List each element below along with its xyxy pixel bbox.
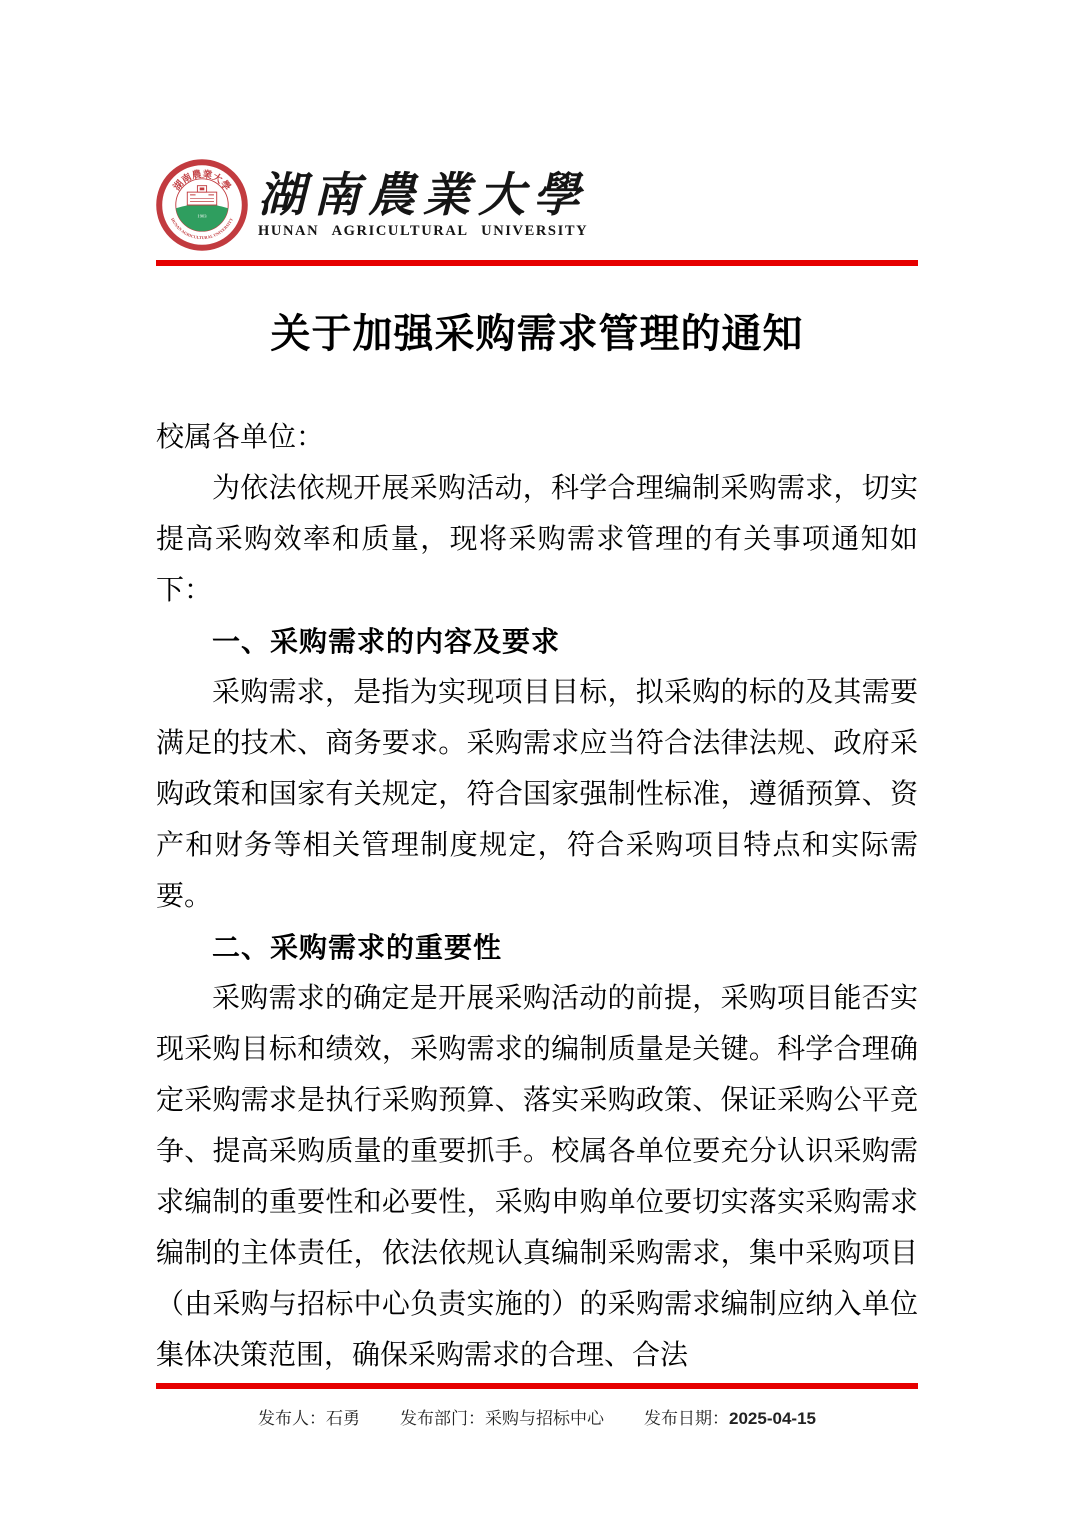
document-footer: 发布人：石勇 发布部门：采购与招标中心 发布日期：2025-04-15 <box>156 1404 918 1429</box>
department-label: 发布部门： <box>400 1409 485 1428</box>
date-value: 2025-04-15 <box>729 1409 816 1428</box>
publisher-label: 发布人： <box>258 1409 326 1428</box>
university-seal-logo: 1903 湖南農業大學 HUNAN AGRICULTURAL UNIVERSIT… <box>156 159 248 251</box>
body-paragraph: 采购需求的确定是开展采购活动的前提，采购项目能否实现采购目标和绩效，采购需求的编… <box>156 973 918 1381</box>
footer-date: 发布日期：2025-04-15 <box>644 1404 816 1429</box>
footer-divider-rule <box>156 1383 918 1389</box>
date-label: 发布日期： <box>644 1409 729 1428</box>
section-heading: 二、采购需求的重要性 <box>156 922 918 973</box>
university-name-english: HUNAN AGRICULTURAL UNIVERSITY <box>258 223 588 240</box>
notice-body: 校属各单位：为依法依规开展采购活动，科学合理编制采购需求，切实提高采购效率和质量… <box>156 412 918 1381</box>
body-paragraph: 采购需求，是指为实现项目目标，拟采购的标的及其需要满足的技术、商务要求。采购需求… <box>156 667 918 922</box>
header-divider-rule <box>156 260 918 266</box>
body-paragraph: 为依法依规开展采购活动，科学合理编制采购需求，切实提高采购效率和质量，现将采购需… <box>156 463 918 616</box>
university-brand: 湖南農業大學 HUNAN AGRICULTURAL UNIVERSITY <box>258 170 588 241</box>
department-value: 采购与招标中心 <box>485 1409 604 1428</box>
notice-title: 关于加强采购需求管理的通知 <box>156 306 918 362</box>
document-page: 1903 湖南農業大學 HUNAN AGRICULTURAL UNIVERSIT… <box>0 0 1074 1520</box>
footer-publisher: 发布人：石勇 <box>258 1404 360 1429</box>
university-name-calligraphy: 湖南農業大學 <box>258 170 588 222</box>
body-paragraph: 校属各单位： <box>156 412 918 463</box>
footer-department: 发布部门：采购与招标中心 <box>400 1404 604 1429</box>
section-heading: 一、采购需求的内容及要求 <box>156 616 918 667</box>
document-header: 1903 湖南農業大學 HUNAN AGRICULTURAL UNIVERSIT… <box>156 158 918 252</box>
publisher-value: 石勇 <box>326 1409 360 1428</box>
seal-year: 1903 <box>197 213 207 218</box>
